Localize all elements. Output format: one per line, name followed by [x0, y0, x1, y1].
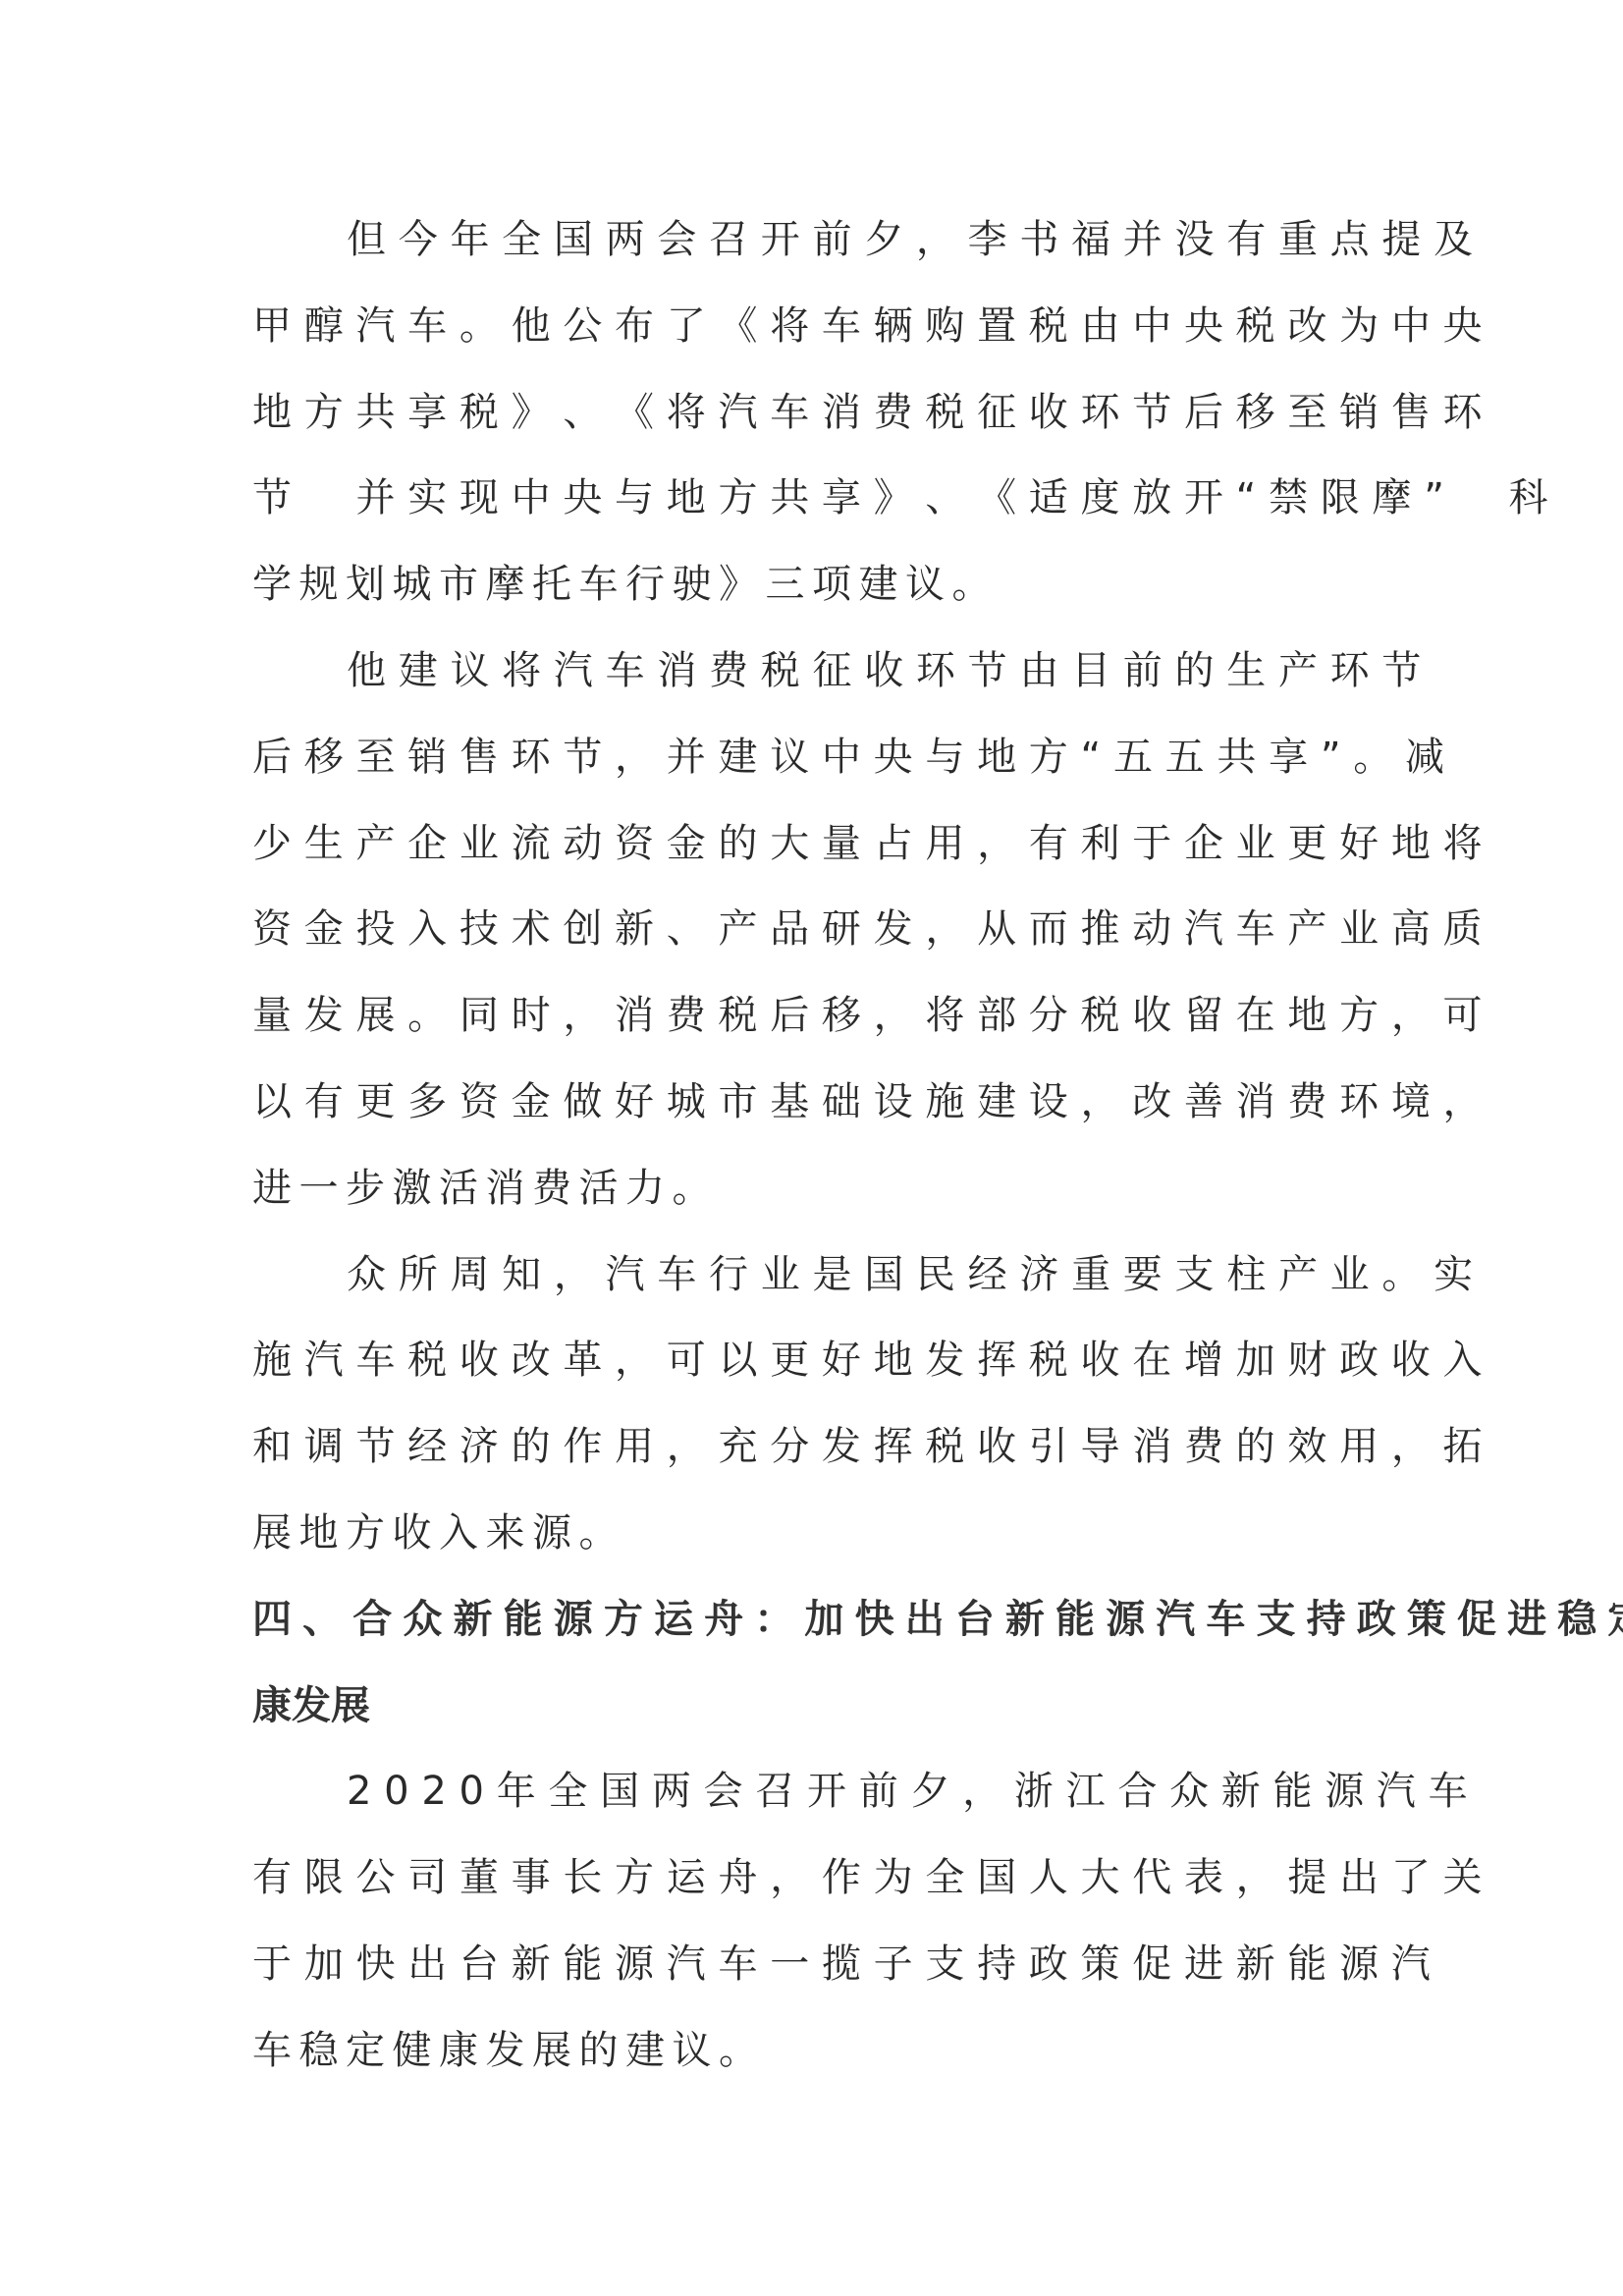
text-line: 2 0 2 0 年 全 国 两 会 召 开 前 夕 ， 浙 江 合 众 新 能 … [252, 1749, 1374, 1835]
text-line: 众 所 周 知 ， 汽 车 行 业 是 国 民 经 济 重 要 支 柱 产 业 … [252, 1232, 1374, 1319]
text-line: 于 加 快 出 台 新 能 源 汽 车 一 揽 子 支 持 政 策 促 进 新 … [252, 1922, 1374, 2008]
text-line: 车稳定健康发展的建议。 [252, 2008, 1374, 2095]
text-line: 有 限 公 司 董 事 长 方 运 舟 ， 作 为 全 国 人 大 代 表 ， … [252, 1835, 1374, 1922]
text-line: 学规划城市摩托车行驶》三项建议。 [252, 542, 1374, 629]
heading-line: 康发展 [252, 1664, 1374, 1750]
text-line: 以 有 更 多 资 金 做 好 城 市 基 础 设 施 建 设 ， 改 善 消 … [252, 1060, 1374, 1146]
text-line: 进一步激活消费活力。 [252, 1146, 1374, 1232]
document-body: 但 今 年 全 国 两 会 召 开 前 夕 ， 李 书 福 并 没 有 重 点 … [252, 197, 1374, 2095]
text-line: 但 今 年 全 国 两 会 召 开 前 夕 ， 李 书 福 并 没 有 重 点 … [252, 197, 1374, 284]
paragraph-4: 2 0 2 0 年 全 国 两 会 召 开 前 夕 ， 浙 江 合 众 新 能 … [252, 1749, 1374, 2094]
text-line: 量 发 展 。 同 时 ， 消 费 税 后 移 ， 将 部 分 税 收 留 在 … [252, 973, 1374, 1060]
text-line: 甲 醇 汽 车 。 他 公 布 了 《 将 车 辆 购 置 税 由 中 央 税 … [252, 284, 1374, 370]
text-line: 节 并 实 现 中 央 与 地 方 共 享 》 、 《 适 度 放 开 “ 禁 … [252, 456, 1374, 542]
text-line: 和 调 节 经 济 的 作 用 ， 充 分 发 挥 税 收 引 导 消 费 的 … [252, 1404, 1374, 1491]
document-page: 但 今 年 全 国 两 会 召 开 前 夕 ， 李 书 福 并 没 有 重 点 … [0, 0, 1623, 2296]
text-line: 施 汽 车 税 收 改 革 ， 可 以 更 好 地 发 挥 税 收 在 增 加 … [252, 1318, 1374, 1404]
text-line: 展地方收入来源。 [252, 1491, 1374, 1577]
text-line: 他 建 议 将 汽 车 消 费 税 征 收 环 节 由 目 前 的 生 产 环 … [252, 629, 1374, 715]
text-line: 地 方 共 享 税 》 、 《 将 汽 车 消 费 税 征 收 环 节 后 移 … [252, 370, 1374, 457]
text-line: 少 生 产 企 业 流 动 资 金 的 大 量 占 用 ， 有 利 于 企 业 … [252, 801, 1374, 888]
paragraph-3: 众 所 周 知 ， 汽 车 行 业 是 国 民 经 济 重 要 支 柱 产 业 … [252, 1232, 1374, 1577]
text-line: 后 移 至 销 售 环 节 ， 并 建 议 中 央 与 地 方 “ 五 五 共 … [252, 715, 1374, 801]
paragraph-1: 但 今 年 全 国 两 会 召 开 前 夕 ， 李 书 福 并 没 有 重 点 … [252, 197, 1374, 629]
heading-line: 四 、 合 众 新 能 源 方 运 舟 ： 加 快 出 台 新 能 源 汽 车 … [252, 1577, 1374, 1664]
paragraph-2: 他 建 议 将 汽 车 消 费 税 征 收 环 节 由 目 前 的 生 产 环 … [252, 629, 1374, 1232]
text-line: 资 金 投 入 技 术 创 新 、 产 品 研 发 ， 从 而 推 动 汽 车 … [252, 887, 1374, 973]
section-heading: 四 、 合 众 新 能 源 方 运 舟 ： 加 快 出 台 新 能 源 汽 车 … [252, 1577, 1374, 1750]
